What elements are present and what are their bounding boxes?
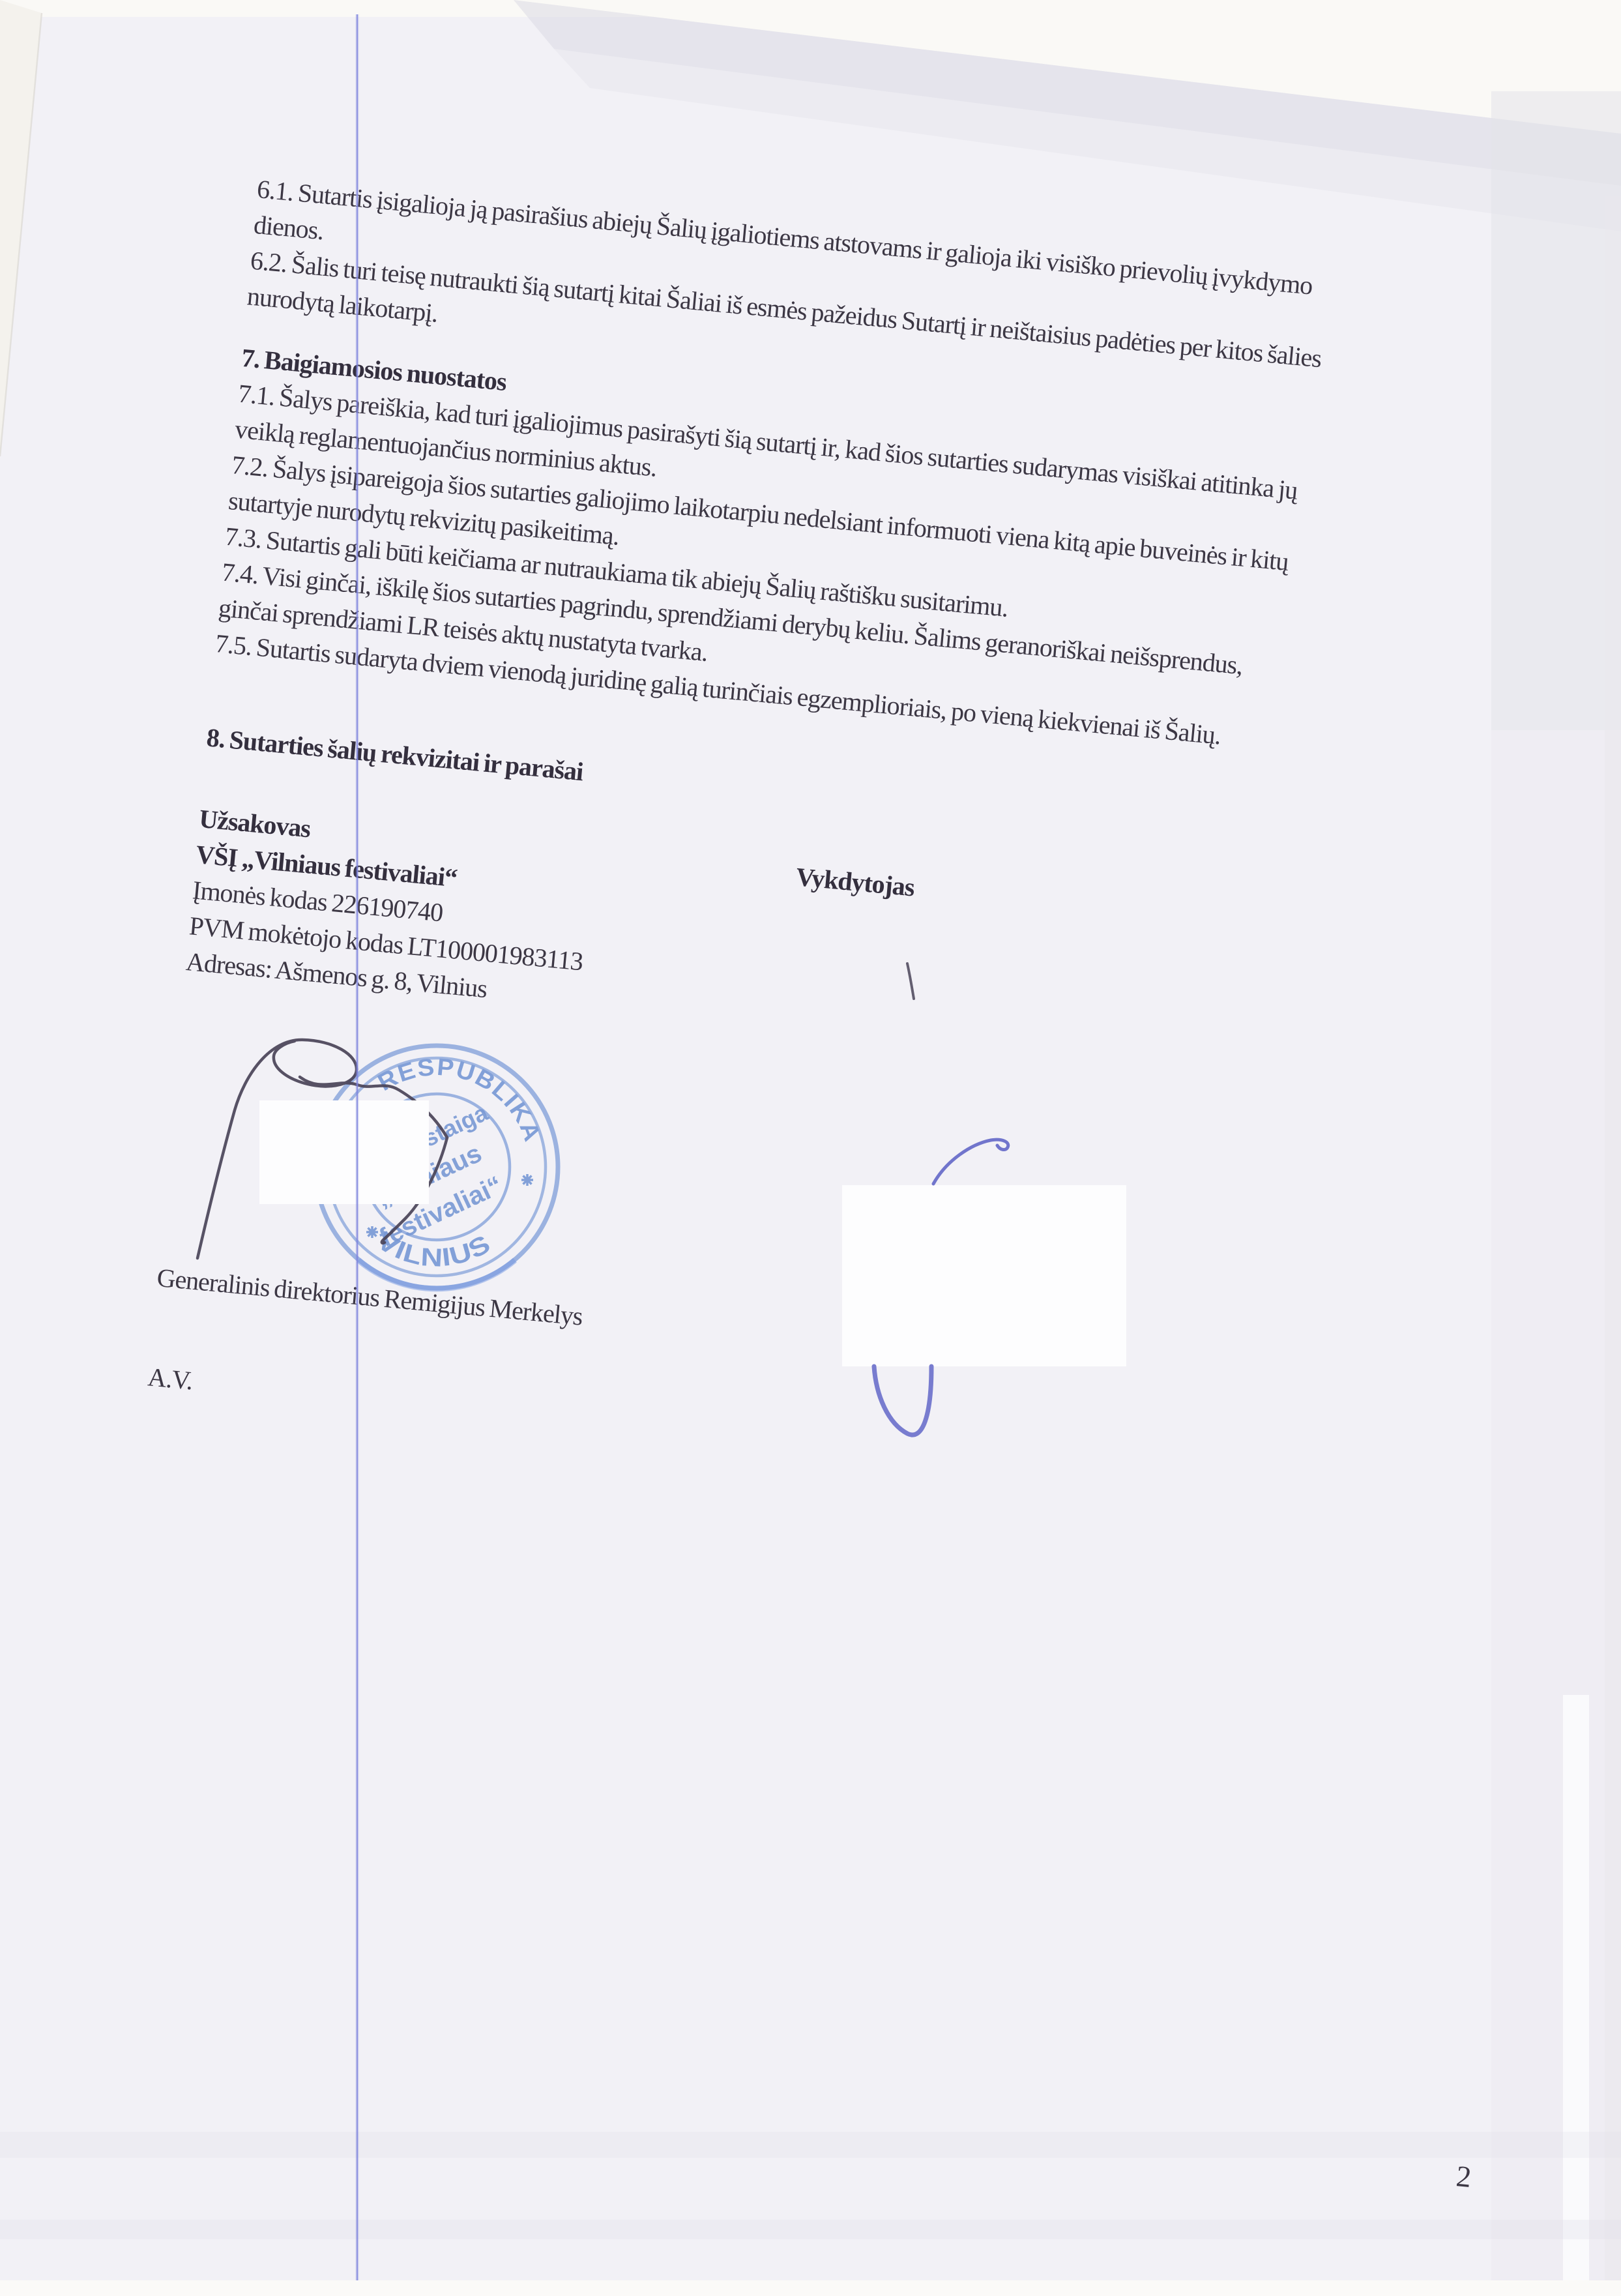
paper-left-edge [0, 13, 42, 456]
scanner-top-right-corner [514, 0, 1621, 134]
scanner-top-strip [0, 0, 1621, 17]
bottom-streak-2 [0, 2220, 1621, 2239]
scanned-contract-page: 6.1. Sutartis įsigalioja ją pasirašius a… [0, 0, 1621, 2296]
scanner-left-strip [0, 0, 42, 456]
right-edge-strip [1605, 196, 1621, 2296]
page-number: 2 [1455, 2158, 1473, 2194]
bottom-streak-1 [0, 2132, 1621, 2158]
scanner-bottom-strip [0, 2280, 1621, 2296]
page-top-edge-shadow-soft [554, 49, 1621, 231]
page-top-edge-shadow [514, 0, 1621, 186]
page-text-block: 6.1. Sutartis įsigalioja ją pasirašius a… [147, 171, 1551, 1513]
right-gray-band-bottom [1491, 730, 1621, 2282]
right-white-strip [1563, 1695, 1589, 2282]
